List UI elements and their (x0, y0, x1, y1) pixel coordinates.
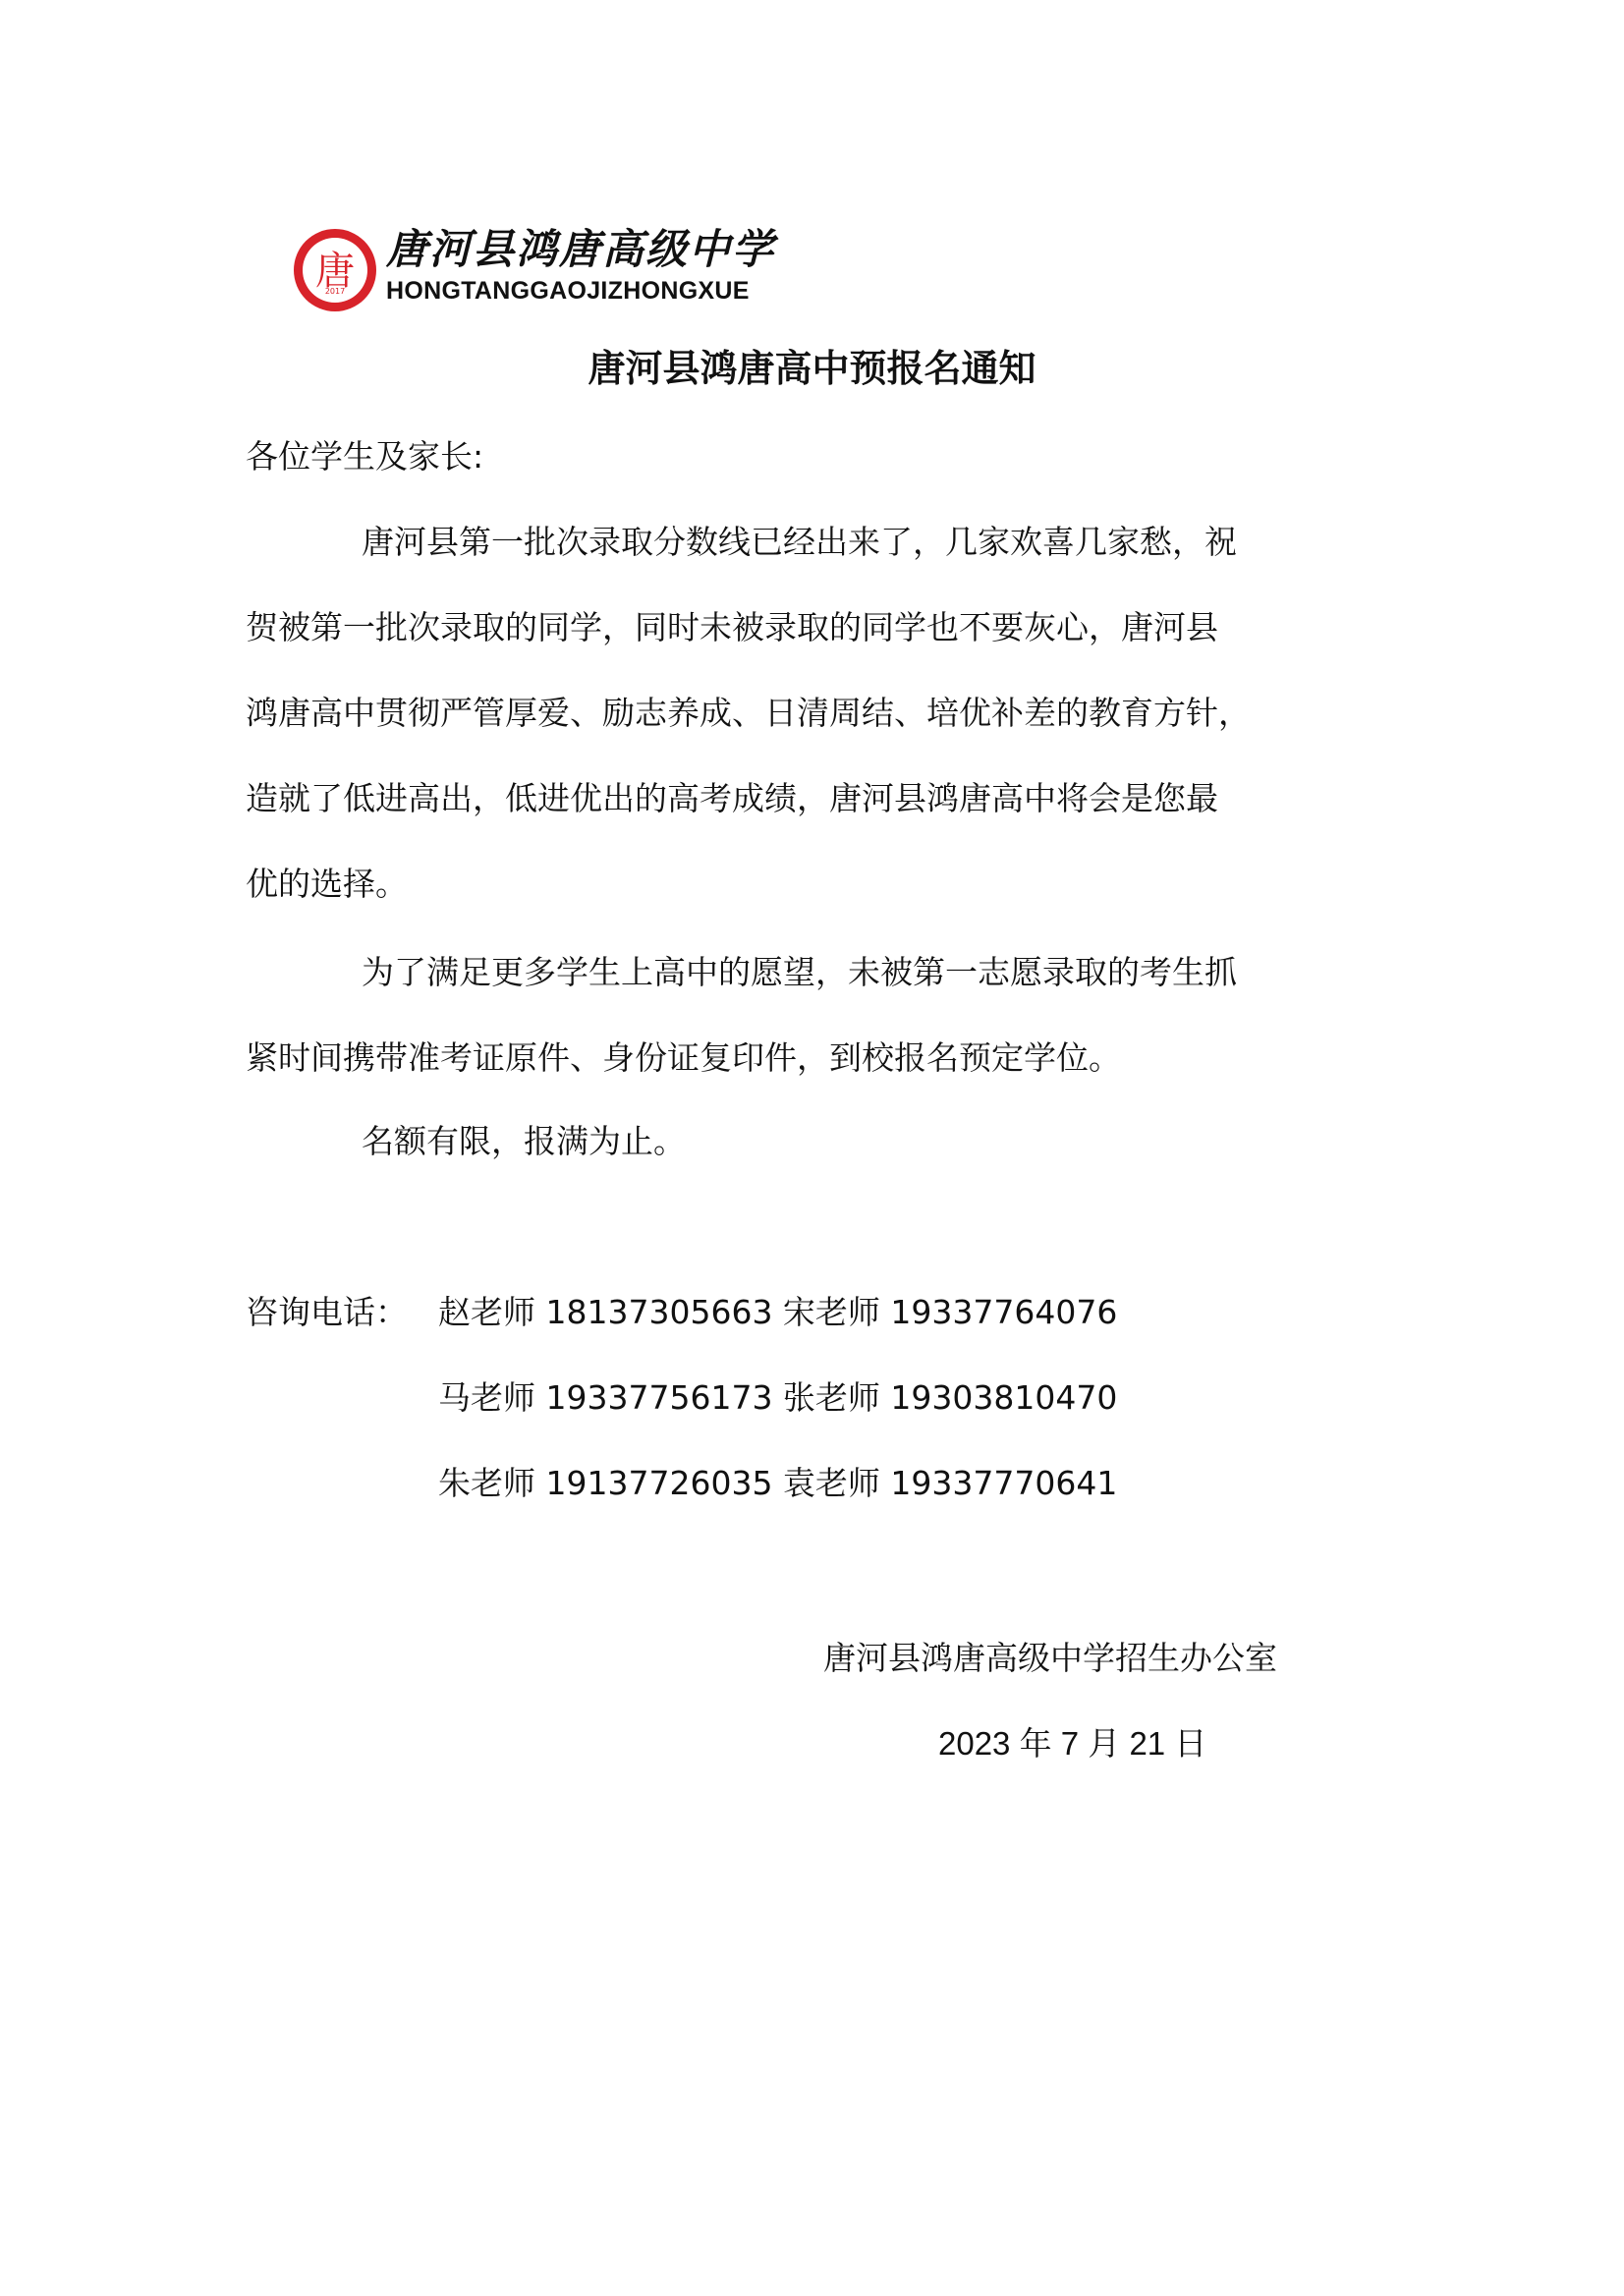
emblem-year: 2017 (303, 287, 367, 297)
contact-label: 咨询电话： (246, 1293, 408, 1332)
salutation: 各位学生及家长: (246, 437, 483, 476)
signature-office: 唐河县鸿唐高级中学招生办公室 (823, 1639, 1277, 1678)
signature-date: 2023 年 7 月 21 日 (938, 1724, 1206, 1764)
contact-row: 朱老师 19137726035 袁老师 19337770641 (438, 1464, 1117, 1503)
notice-title: 唐河县鸿唐高中预报名通知 (0, 346, 1624, 391)
paragraph1-line: 贺被第一批次录取的同学，同时未被录取的同学也不要灰心，唐河县 (246, 608, 1218, 647)
emblem-inner: 唐 2017 (303, 238, 367, 303)
school-name-en: HONGTANGGAOJIZHONGXUE (386, 277, 750, 305)
school-emblem-logo: 唐 2017 (294, 229, 376, 311)
contact-row: 赵老师 18137305663 宋老师 19337764076 (438, 1293, 1117, 1332)
school-name-cn: 唐河县鸿唐高级中学 (386, 224, 775, 275)
paragraph1-line: 优的选择。 (246, 865, 408, 904)
paragraph1-line: 造就了低进高出，低进优出的高考成绩，唐河县鸿唐高中将会是您最 (246, 779, 1218, 818)
contact-row: 马老师 19337756173 张老师 19303810470 (438, 1378, 1117, 1418)
paragraph2-line: 为了满足更多学生上高中的愿望，未被第一志愿录取的考生抓 (362, 953, 1237, 992)
paragraph1-line: 唐河县第一批次录取分数线已经出来了，几家欢喜几家愁，祝 (362, 523, 1237, 562)
paragraph3: 名额有限，报满为止。 (362, 1122, 686, 1161)
paragraph1-line: 鸿唐高中贯彻严管厚爱、励志养成、日清周结、培优补差的教育方针， (246, 694, 1251, 733)
paragraph2-line: 紧时间携带准考证原件、身份证复印件，到校报名预定学位。 (246, 1038, 1121, 1078)
